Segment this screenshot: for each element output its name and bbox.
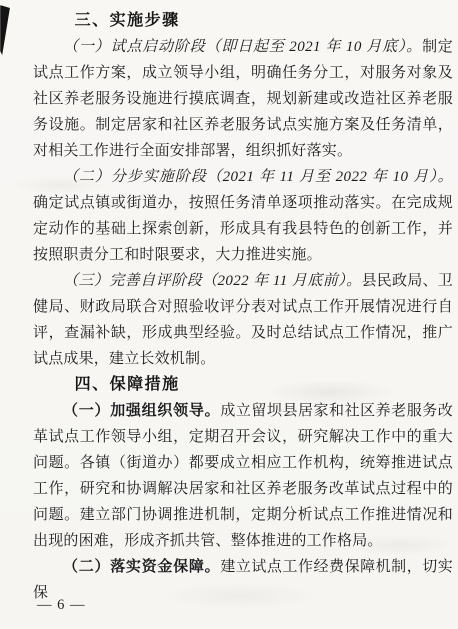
heading-implementation-steps: 三、实施步骤 — [33, 8, 453, 34]
document-content: 三、实施步骤 （一）试点启动阶段（即日起至 2021 年 10 月底）。制定试点… — [33, 8, 453, 606]
paragraph-lead: （二）分步实施阶段（2021 年 11 月至 2022 年 10 月）。 — [63, 169, 453, 185]
heading-guarantee-measures: 四、保障措施 — [33, 372, 453, 398]
paragraph-lead: （一）试点启动阶段（即日起至 2021 年 10 月底）。 — [63, 39, 422, 55]
page-number: — 6 — — [37, 597, 86, 614]
paragraph-lead: （一）加强组织领导。 — [63, 403, 220, 419]
paragraph-lead: （二）落实资金保障。 — [63, 559, 220, 575]
paragraph-strengthen-leadership: （一）加强组织领导。成立留坝县居家和社区养老服务改革试点工作领导小组，定期召开会… — [33, 398, 453, 554]
paragraph-lead: （三）完善自评阶段（2022 年 11 月底前）。 — [63, 273, 362, 289]
paragraph-stepwise-implementation-phase: （二）分步实施阶段（2021 年 11 月至 2022 年 10 月）。确定试点… — [33, 164, 453, 268]
paragraph-pilot-launch-phase: （一）试点启动阶段（即日起至 2021 年 10 月底）。制定试点工作方案，成立… — [33, 34, 453, 164]
paragraph-self-evaluation-phase: （三）完善自评阶段（2022 年 11 月底前）。县民政局、卫健局、财政局联合对… — [33, 268, 453, 372]
paragraph-body: 成立留坝县居家和社区养老服务改革试点工作领导小组，定期召开会议，研究解决工作中的… — [33, 403, 453, 549]
paragraph-body: 制定试点工作方案，成立领导小组，明确任务分工，对服务对象及社区养老服务设施进行摸… — [33, 39, 453, 159]
paragraph-funding-guarantee: （二）落实资金保障。建立试点工作经费保障机制，切实保 — [33, 554, 453, 606]
scanned-document-page: 三、实施步骤 （一）试点启动阶段（即日起至 2021 年 10 月底）。制定试点… — [0, 0, 458, 629]
scan-corner-artifact — [0, 5, 11, 55]
paragraph-body: 确定试点镇或街道办，按照任务清单逐项推动落实。在完成规定动作的基础上探索创新，形… — [33, 195, 453, 263]
